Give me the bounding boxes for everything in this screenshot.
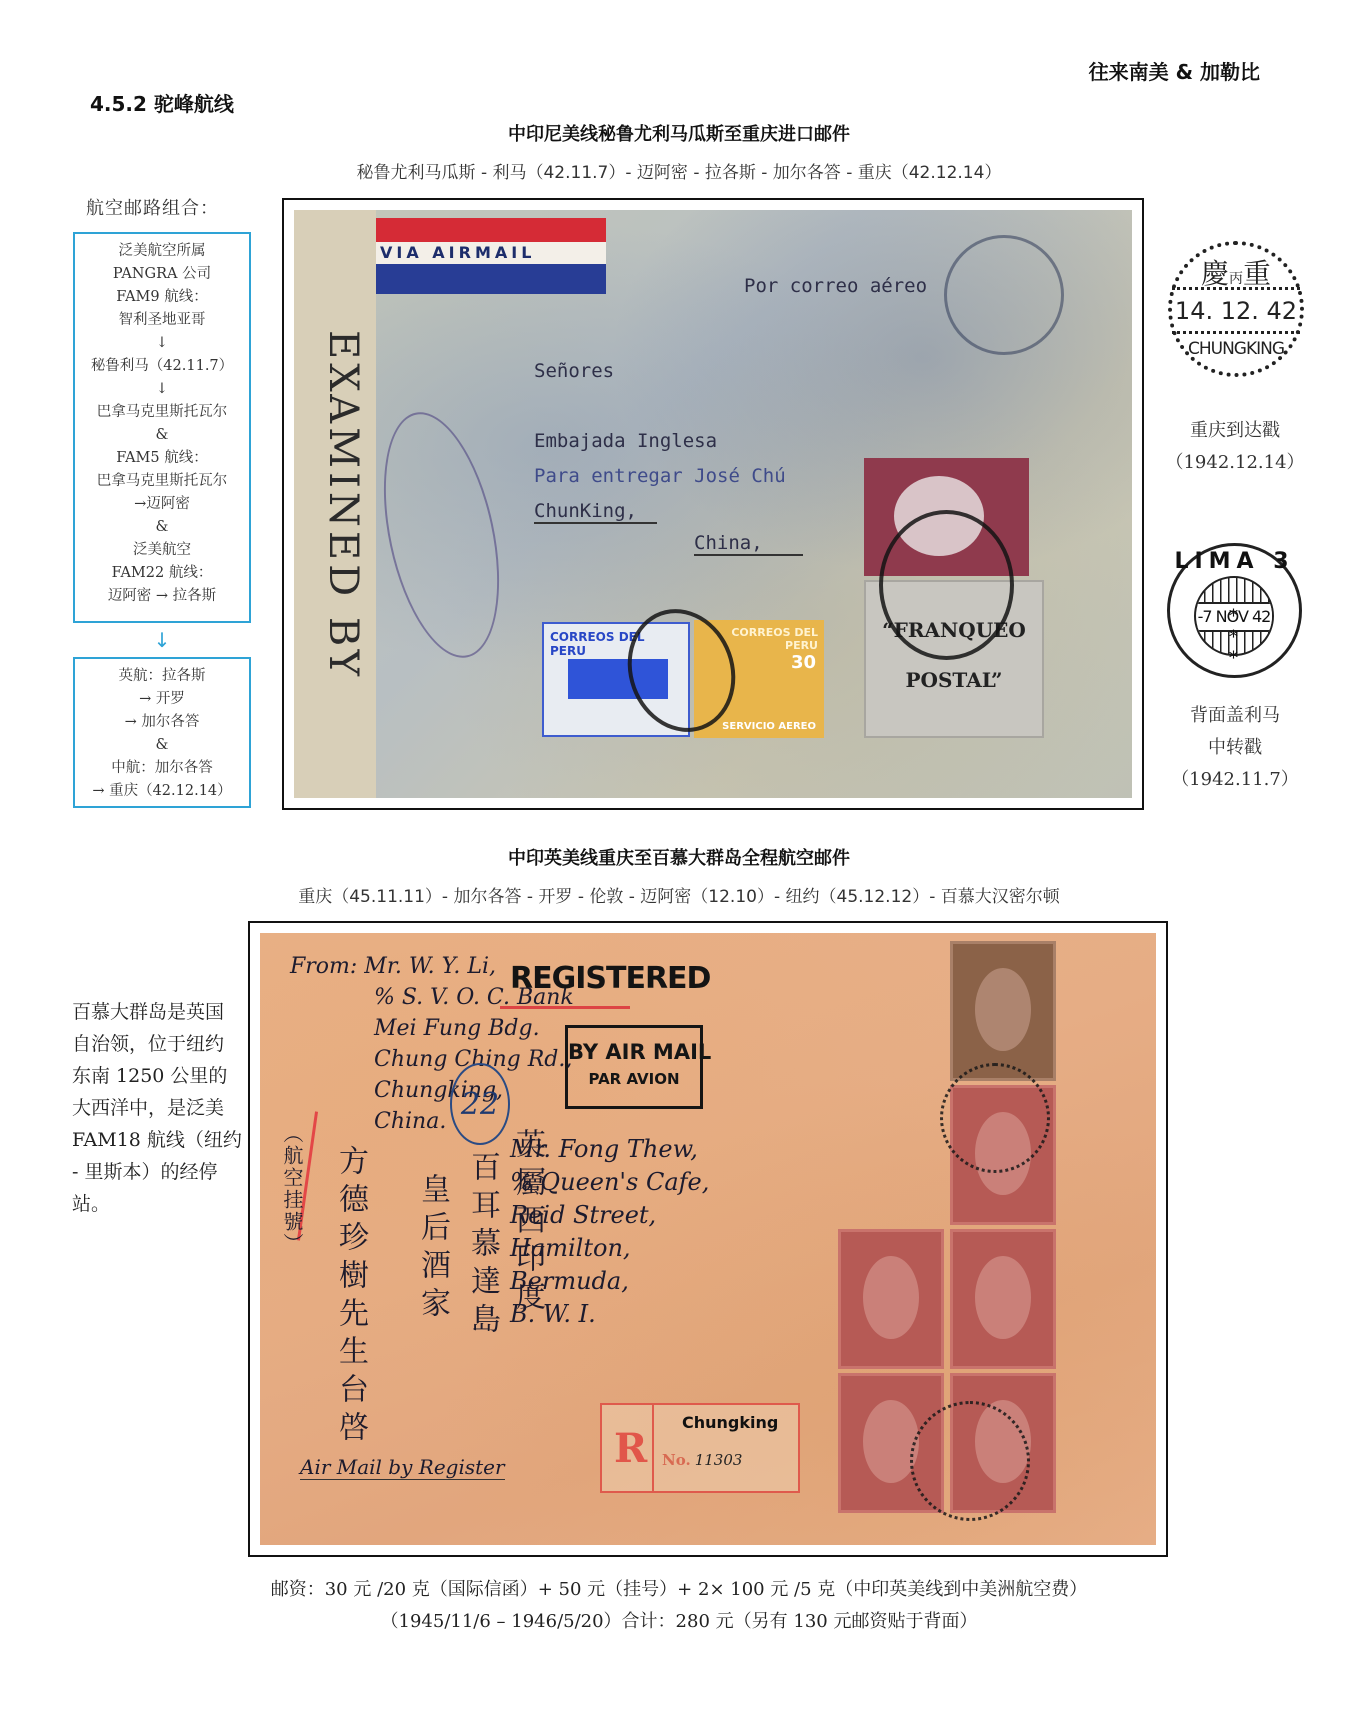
cover1-route: 秘鲁尤利马瓜斯 - 利马（42.11.7）- 迈阿密 - 拉各斯 - 加尔各答 … bbox=[0, 158, 1358, 183]
cover1-title: 中印尼美线秘鲁尤利马瓜斯至重庆进口邮件 bbox=[0, 120, 1358, 146]
route-box-boac-cnac: 英航：拉各斯→ 开罗→ 加尔各答&中航：加尔各答→ 重庆（42.12.14） bbox=[73, 657, 251, 808]
route-line: → 重庆（42.12.14） bbox=[77, 780, 247, 803]
circled-number: 22 bbox=[450, 1063, 510, 1145]
postage-line-1: 邮资：30 元 /20 克（国际信函）+ 50 元（挂号）+ 2× 100 元 … bbox=[0, 1575, 1358, 1601]
route-line: PANGRA 公司 bbox=[77, 263, 247, 286]
route-line: ↓ bbox=[77, 332, 247, 355]
section-title: 4.5.2 驼峰航线 bbox=[90, 88, 234, 117]
cover2-image: From: Mr. W. Y. Li,% S. V. O. C. BankMei… bbox=[260, 933, 1156, 1545]
route-line: FAM9 航线： bbox=[77, 286, 247, 309]
address-line: ChunKing, bbox=[534, 500, 657, 524]
sender-line: Mei Fung Bdg. bbox=[374, 1013, 574, 1044]
route-line: →迈阿密 bbox=[77, 493, 247, 516]
chinese-address-column: 方德珍樹先生台啓 bbox=[328, 1145, 372, 1449]
lima-postmark: LIMA 3 -7 NOV 42 * * * bbox=[1167, 543, 1302, 678]
cover2-frame: From: Mr. W. Y. Li,% S. V. O. C. BankMei… bbox=[248, 921, 1168, 1557]
route-line: → 加尔各答 bbox=[77, 711, 247, 734]
route-line: FAM5 航线： bbox=[77, 447, 247, 470]
postage-line-2: （1945/11/6 – 1946/5/20）合计：280 元（另有 130 元… bbox=[0, 1607, 1358, 1633]
cancel-mark bbox=[940, 1063, 1050, 1173]
cover2-route: 重庆（45.11.11）- 加尔各答 - 开罗 - 伦敦 - 迈阿密（12.10… bbox=[0, 882, 1358, 907]
route-box-panam: 泛美航空所属PANGRA 公司FAM9 航线：智利圣地亚哥↓秘鲁利马（42.11… bbox=[73, 232, 251, 623]
cancel-mark bbox=[879, 510, 1014, 660]
route-line: ↓ bbox=[77, 378, 247, 401]
chungking-postmark: 慶丙重 14. 12. 42 CHUNGKING bbox=[1168, 241, 1304, 377]
bermuda-note: 百慕大群岛是英国自治领，位于纽约东南 1250 公里的大西洋中，是泛美 FAM1… bbox=[72, 996, 242, 1220]
airmail-label-text: VIA AIRMAIL bbox=[376, 242, 606, 264]
registration-label: R Chungking No.11303 bbox=[600, 1403, 800, 1493]
route-line: 智利圣地亚哥 bbox=[77, 309, 247, 332]
cancel-mark bbox=[910, 1401, 1030, 1521]
chinese-address-column: （航空挂號） bbox=[278, 1123, 307, 1255]
route-line: 巴拿马克里斯托瓦尔 bbox=[77, 470, 247, 493]
by-air-mail-box: BY AIR MAIL PAR AVION bbox=[565, 1025, 703, 1109]
route-line: 秘鲁利马（42.11.7） bbox=[77, 355, 247, 378]
chinese-address-column: 英屬西印度 bbox=[505, 1128, 549, 1318]
route-line: 迈阿密 → 拉各斯 bbox=[77, 585, 247, 608]
red-underline bbox=[500, 1006, 630, 1009]
route-line: 中航：加尔各答 bbox=[77, 757, 247, 780]
route-line: → 开罗 bbox=[77, 688, 247, 711]
stamp-china-red bbox=[950, 1229, 1056, 1369]
chinese-address-column: 百耳慕達島 bbox=[460, 1151, 504, 1341]
censor-text: EXAMINED BY bbox=[302, 330, 366, 750]
stamp-china-brown bbox=[950, 941, 1056, 1081]
lima-postmark-caption: 背面盖利马 中转戳 （1942.11.7） bbox=[1150, 700, 1320, 796]
chungking-postmark-caption: 重庆到达戳 （1942.12.14） bbox=[1150, 415, 1320, 479]
route-combo-label: 航空邮路组合： bbox=[86, 194, 219, 220]
address-line: Embajada Inglesa bbox=[534, 430, 717, 452]
air-mail-by-register-note: Air Mail by Register bbox=[300, 1455, 505, 1480]
route-line: & bbox=[77, 734, 247, 757]
cover1-frame: EXAMINED BY VIA AIRMAIL Por correo aéreo… bbox=[282, 198, 1144, 810]
airmail-label: VIA AIRMAIL bbox=[376, 218, 606, 294]
address-line: China, bbox=[694, 532, 803, 556]
address-line: Para entregar José Chú bbox=[534, 465, 786, 487]
registered-mark: REGISTERED bbox=[510, 961, 710, 996]
route-down-arrow-icon: ↓ bbox=[73, 628, 251, 652]
censor-oval-mark bbox=[364, 402, 519, 668]
address-line: Señores bbox=[534, 360, 614, 382]
stamp-china-red bbox=[838, 1229, 944, 1369]
route-line: & bbox=[77, 516, 247, 539]
route-line: 巴拿马克里斯托瓦尔 bbox=[77, 401, 247, 424]
chinese-address-column: 皇后酒家 bbox=[410, 1173, 454, 1325]
cover2-title: 中印英美线重庆至百慕大群岛全程航空邮件 bbox=[0, 844, 1358, 870]
route-line: 泛美航空所属 bbox=[77, 240, 247, 263]
per-correo-text: Por correo aéreo bbox=[744, 275, 927, 297]
route-line: 英航：拉各斯 bbox=[77, 665, 247, 688]
route-line: & bbox=[77, 424, 247, 447]
transit-cancel-mark bbox=[944, 235, 1064, 355]
cover1-image: EXAMINED BY VIA AIRMAIL Por correo aéreo… bbox=[294, 210, 1132, 798]
route-line: 泛美航空 bbox=[77, 539, 247, 562]
chapter-heading: 往来南美 & 加勒比 bbox=[1089, 56, 1260, 85]
route-line: FAM22 航线： bbox=[77, 562, 247, 585]
